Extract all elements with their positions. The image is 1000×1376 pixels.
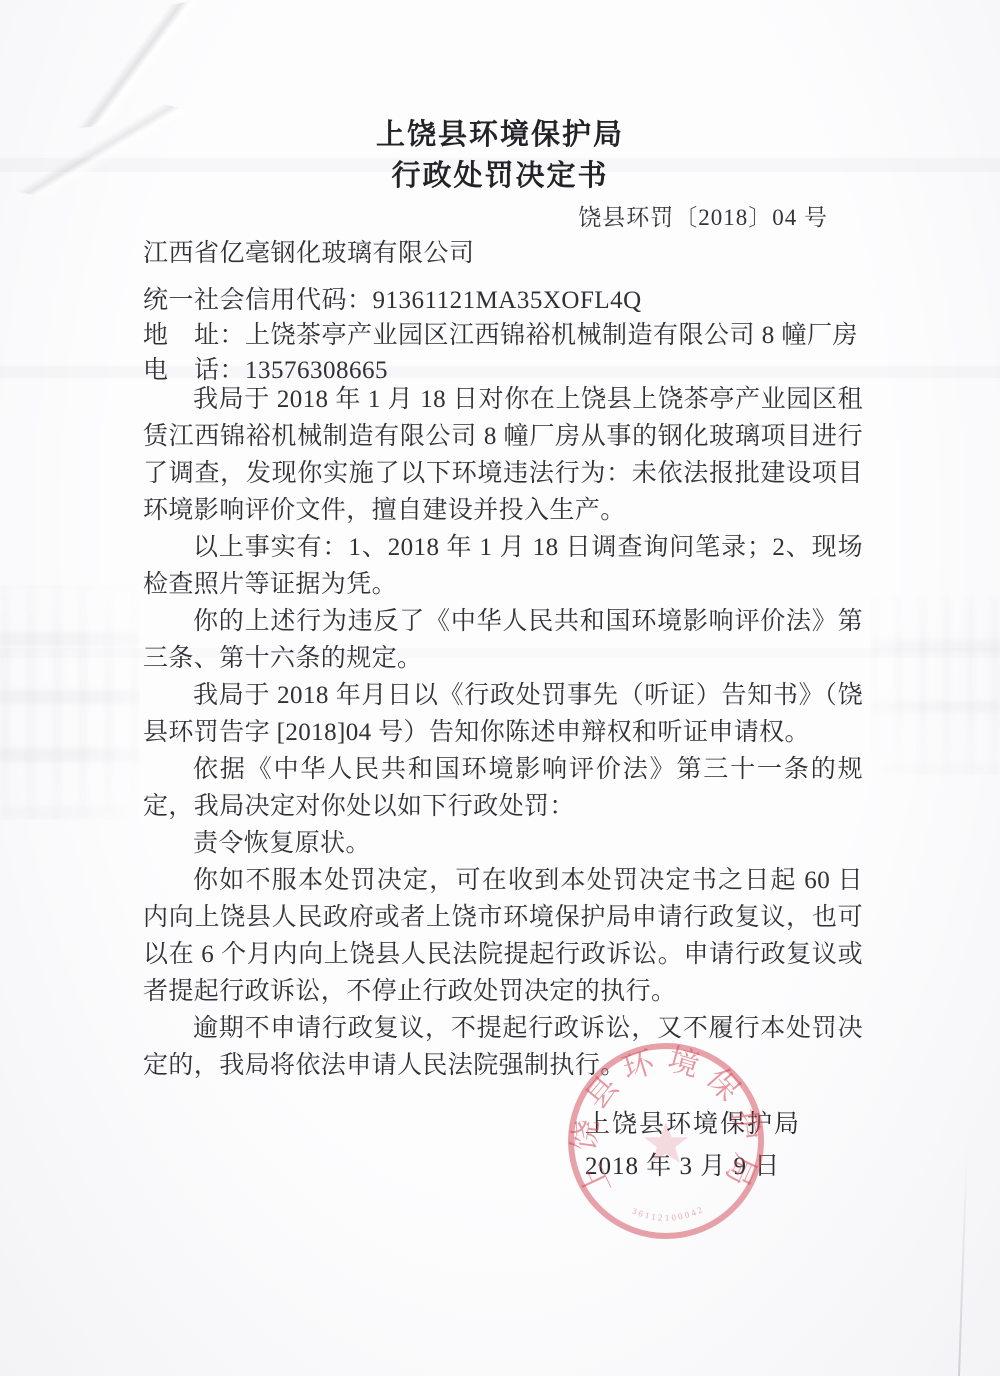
credit-code-line: 统一社会信用代码：91361121MA35XOFL4Q — [143, 280, 642, 316]
paragraph-investigation: 我局于 2018 年 1 月 18 日对你在上饶县上饶茶亭产业园区租赁江西锦裕机… — [143, 381, 863, 529]
paragraph-evidence: 以上事实有：1、2018 年 1 月 18 日调查询问笔录；2、现场检查照片等证… — [143, 529, 863, 603]
signature-date: 2018 年 3 月 9 日 — [585, 1146, 780, 1182]
scanned-document-page: 上饶县环境保护局 行政处罚决定书 饶县环罚〔2018〕04 号 江西省亿毫钢化玻… — [0, 0, 1000, 1376]
paragraph-legal-basis: 依据《中华人民共和国环境影响评价法》第三十一条的规定，我局决定对你处以如下行政处… — [143, 751, 863, 825]
document-title-type: 行政处罚决定书 — [0, 153, 1000, 194]
document-body: 我局于 2018 年 1 月 18 日对你在上饶县上饶茶亭产业园区租赁江西锦裕机… — [143, 381, 863, 1084]
paper-edge — [958, 1146, 968, 1376]
paragraph-prior-notice: 我局于 2018 年月日以《行政处罚事先（听证）告知书》（饶县环罚告字 [201… — [143, 677, 863, 751]
bleedthrough-ghost-text — [870, 595, 1000, 775]
paragraph-penalty: 责令恢复原状。 — [143, 825, 863, 862]
bleedthrough-ghost-text — [0, 585, 140, 820]
address-line: 地 址：上饶茶亭产业园区江西锦裕机械制造有限公司 8 幢厂房 — [143, 315, 858, 351]
document-title-agency: 上饶县环境保护局 — [0, 112, 1000, 153]
signature-agency: 上饶县环境保护局 — [585, 1104, 801, 1140]
recipient-company: 江西省亿毫钢化玻璃有限公司 — [143, 233, 475, 269]
paragraph-appeal-rights: 你如不服本处罚决定，可在收到本处罚决定书之日起 60 日内向上饶县人民政府或者上… — [143, 862, 863, 1010]
paragraph-enforcement: 逾期不申请行政复议，不提起行政诉讼，又不履行本处罚决定的，我局将依法申请人民法院… — [143, 1010, 863, 1084]
paragraph-violation: 你的上述行为违反了《中华人民共和国环境影响评价法》第三条、第十六条的规定。 — [143, 603, 863, 677]
document-number: 饶县环罚〔2018〕04 号 — [578, 199, 828, 232]
